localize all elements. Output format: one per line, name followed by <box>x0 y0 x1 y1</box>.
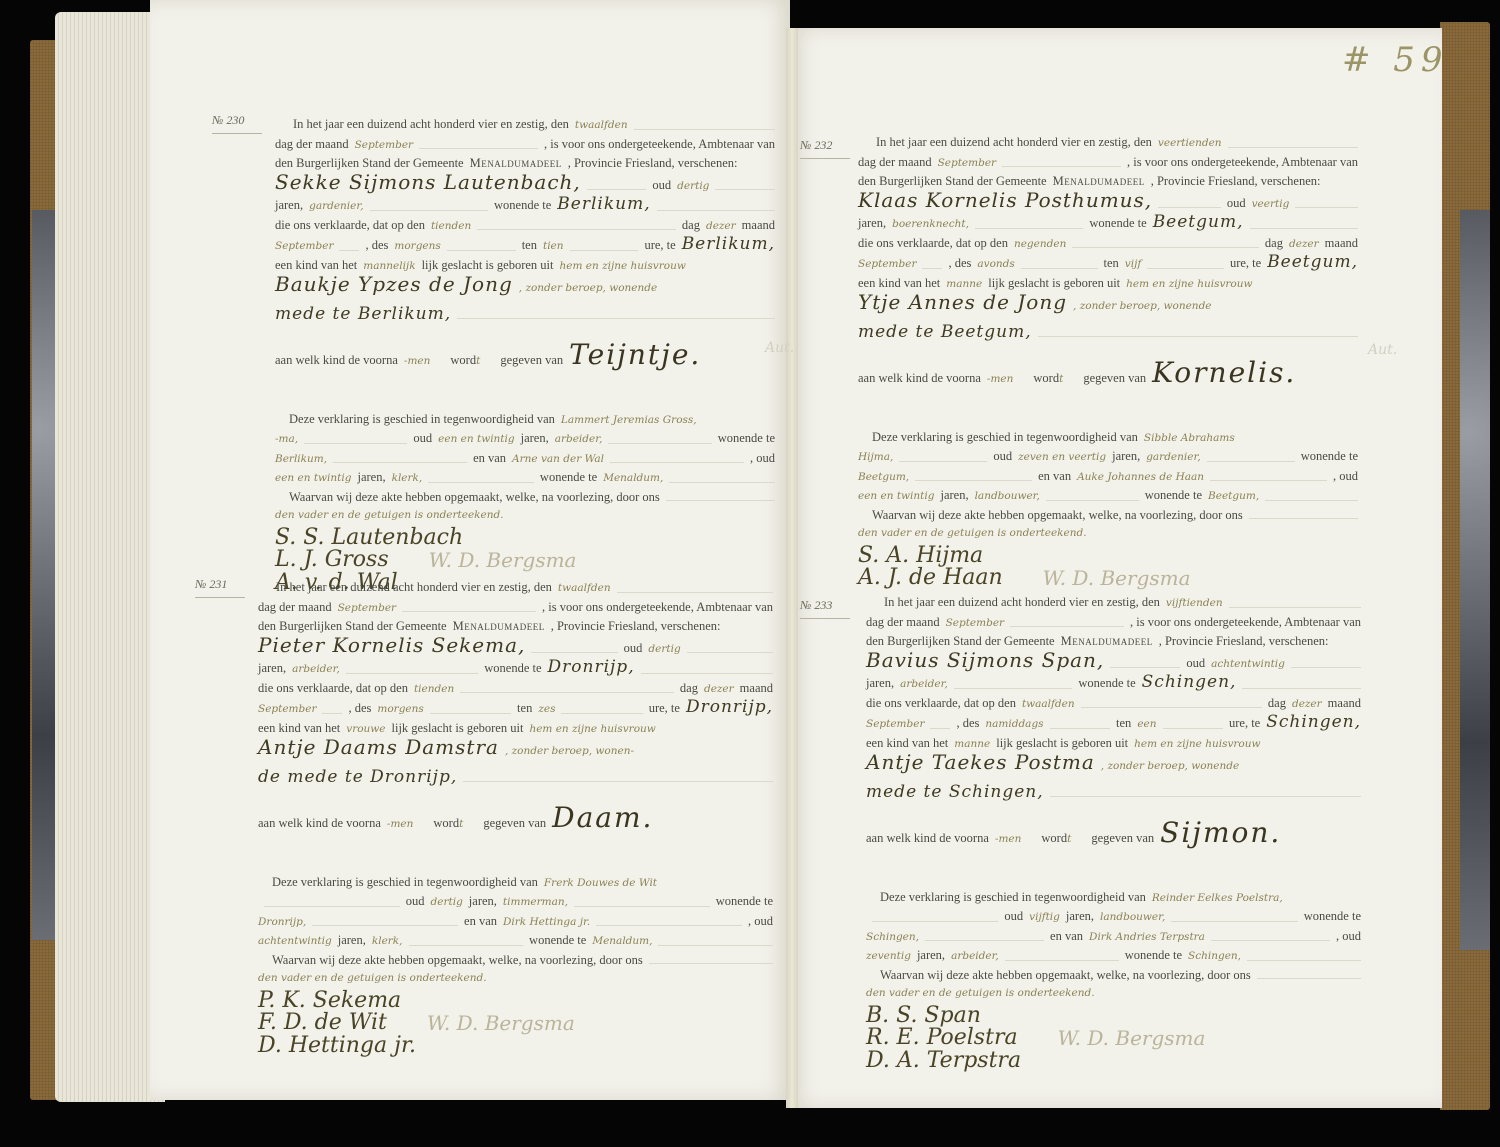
handwritten-mother-suffix: , zonder beroep, wonende <box>1101 757 1239 776</box>
printed-text: aan welk kind de voorna <box>275 351 398 370</box>
handwritten-age: achtentwintig <box>1211 655 1285 674</box>
handwritten-hour: een <box>1137 715 1156 734</box>
handwritten-parents-intro: hem en zijne huisvrouw <box>559 257 685 276</box>
handwritten-child-name: Kornelis. <box>1152 364 1296 383</box>
printed-text: wonende te <box>1304 907 1361 926</box>
act-line-waarvan: Waarvan wij deze akte hebben opgemaakt, … <box>258 951 773 970</box>
act-line-witnesses-4: achtentwintig jaren, klerk, wonende te M… <box>258 931 773 951</box>
printed-text: gegeven van <box>500 351 563 370</box>
handwritten-birth-place: Beetgum, <box>1267 253 1358 272</box>
act-line-1: In het jaar een duizend acht honderd vie… <box>275 115 775 135</box>
handwritten-signing-clause: den vader en de getuigen is onderteekend… <box>275 506 504 525</box>
handwritten-day: twaalfden <box>575 116 628 135</box>
printed-text: , is voor ons ondergeteekende, Ambtenaar… <box>544 135 775 154</box>
printed-text: jaren, <box>521 429 549 448</box>
signature-official: W. D. Bergsma <box>1058 1029 1206 1048</box>
printed-text: ure, te <box>649 699 680 718</box>
act-line-declarant: Bavius Sijmons Span, oud achtentwintig <box>866 651 1361 674</box>
printed-text: oud <box>1186 654 1205 673</box>
handwritten-occupation: boerenknecht, <box>892 215 969 234</box>
handwritten-witness1-age: dertig <box>431 893 463 912</box>
handwritten-birth-place: Schingen, <box>1266 713 1361 732</box>
handwritten-hour: tien <box>543 237 564 256</box>
printed-text: gegeven van <box>1091 829 1154 848</box>
act-line-6: die ons verklaarde, dat op den tienden d… <box>275 216 775 236</box>
printed-text: dag der maand <box>858 153 932 172</box>
act-line-6: die ons verklaarde, dat op den tienden d… <box>258 679 773 699</box>
act-line-1: In het jaar een duizend acht honderd vie… <box>258 578 773 598</box>
signature-official: W. D. Bergsma <box>429 551 577 570</box>
handwritten-witness2-age: een en twintig <box>858 487 934 506</box>
handwritten-declarant: Bavius Sijmons Span, <box>866 651 1104 670</box>
handwritten-residence: Berlikum, <box>557 195 650 214</box>
handwritten-witness1-occupation: gardenier, <box>1146 448 1200 467</box>
handwritten-signing-clause: den vader en de getuigen is onderteekend… <box>858 524 1087 543</box>
printed-text: dag <box>680 679 698 698</box>
handwritten-occupation: arbeider, <box>900 675 948 694</box>
handwritten-witness2-occupation: klerk, <box>392 469 423 488</box>
signatures: B. S. Span R. E. Poelstra W. D. Bergsma … <box>866 1007 1361 1071</box>
printed-text: maand <box>742 216 775 235</box>
act-line-mother-residence: de mede te Dronrijp, <box>258 768 773 787</box>
handwritten-birth-place: Berlikum, <box>682 235 775 254</box>
printed-text: ten <box>517 699 532 718</box>
printed-text: , oud <box>1333 467 1358 486</box>
printed-text: jaren, <box>338 931 366 950</box>
printed-text: Waarvan wij deze akte hebben opgemaakt, … <box>289 488 660 507</box>
signature-witness: D. A. Terpstra <box>866 1052 1361 1071</box>
handwritten-witness1-occupation: landbouwer, <box>1100 908 1165 927</box>
printed-text: dag <box>682 216 700 235</box>
printed-text: wonende te <box>529 931 586 950</box>
margin-note: Aut. <box>1368 342 1397 358</box>
signature-official: W. D. Bergsma <box>1043 569 1191 588</box>
handwritten-witness1-occupation: arbeider, <box>555 430 603 449</box>
act-line-waarvan: Waarvan wij deze akte hebben opgemaakt, … <box>275 488 775 507</box>
handwritten-parents-intro: hem en zijne huisvrouw <box>529 720 655 739</box>
printed-text: Deze verklaring is geschied in tegenwoor… <box>289 410 555 429</box>
printed-text: dag der maand <box>258 598 332 617</box>
signatures: S. A. Hijma A. J. de Haan W. D. Bergsma <box>858 547 1358 588</box>
printed-text: ure, te <box>1229 714 1260 733</box>
printed-text: , des <box>365 236 388 255</box>
act-line-1: In het jaar een duizend acht honderd vie… <box>858 133 1358 153</box>
handwritten-witness1: Sibble Abrahams <box>1144 429 1235 448</box>
handwritten-dezer: dezer <box>704 680 734 699</box>
handwritten-witness2-residence: Beetgum, <box>1208 487 1259 506</box>
handwritten-hour: vijf <box>1125 255 1141 274</box>
act-line-2: dag der maand September , is voor ons on… <box>866 613 1361 633</box>
handwritten-declarant: Klaas Kornelis Posthumus, <box>858 191 1152 210</box>
handwritten-time-of-day: avonds <box>977 255 1014 274</box>
printed-text: wonende te <box>484 659 541 678</box>
printed-text: wonende te <box>1078 674 1135 693</box>
printed-text: ten <box>522 236 537 255</box>
printed-text: In het jaar een duizend acht honderd vie… <box>876 133 1152 152</box>
handwritten-dezer: dezer <box>1292 695 1322 714</box>
handwritten-witness1-age: vijftig <box>1029 908 1060 927</box>
signature-witness: A. J. de Haan <box>858 569 1003 588</box>
printed-text: , is voor ons ondergeteekende, Ambtenaar… <box>1127 153 1358 172</box>
printed-text: word <box>450 351 476 370</box>
printed-text: jaren, <box>858 214 886 233</box>
printed-text: , Provincie Friesland, verschenen: <box>1159 632 1329 651</box>
printed-text: jaren, <box>357 468 385 487</box>
act-line-7: September , des avonds ten vijf ure, te … <box>858 253 1358 274</box>
signature-official: W. D. Bergsma <box>427 1014 575 1033</box>
printed-text: jaren, <box>275 196 303 215</box>
act-line-witnesses-2: Hijma, oud zeven en veertig jaren, garde… <box>858 447 1358 467</box>
printed-text: aan welk kind de voorna <box>858 369 981 388</box>
printed-text: dag der maand <box>275 135 349 154</box>
handwritten-witness2-occupation: arbeider, <box>951 947 999 966</box>
act-line-child: aan welk kind de voorna-men wordt gegeve… <box>858 364 1358 394</box>
birth-act-231: In het jaar een duizend acht honderd vie… <box>258 578 773 1055</box>
handwritten-child-name: Sijmon. <box>1160 824 1281 843</box>
handwritten-child-name: Daam. <box>552 809 653 828</box>
handwritten-child-name: Teijntje. <box>569 346 701 365</box>
handwritten-witness1: Frerk Douwes de Wit <box>544 874 657 893</box>
printed-text: wonende te <box>1301 447 1358 466</box>
handwritten-time-of-day: namiddags <box>985 715 1043 734</box>
handwritten-birth-month: September <box>275 237 333 256</box>
act-line-2: dag der maand September , is voor ons on… <box>858 153 1358 173</box>
signature-declarant: S. S. Lautenbach <box>275 529 775 548</box>
act-line-witnesses-3: Beetgum, en van Auke Johannes de Haan , … <box>858 467 1358 487</box>
printed-text: oud <box>993 447 1012 466</box>
act-line-mother: Antje Daams Damstra , zonder beroep, won… <box>258 738 773 768</box>
act-line-6: die ons verklaarde, dat op den twaalfden… <box>866 694 1361 714</box>
act-line-child: aan welk kind de voorna-men wordt gegeve… <box>866 824 1361 854</box>
act-number: № 230 <box>212 113 244 128</box>
printed-text: word <box>1041 829 1067 848</box>
act-number: № 232 <box>800 138 832 153</box>
printed-text: word <box>1033 369 1059 388</box>
act-line-mother-residence: mede te Schingen, <box>866 783 1361 802</box>
printed-text: jaren, <box>258 659 286 678</box>
handwritten-witness2-age: zeventig <box>866 947 911 966</box>
signatures: P. K. Sekema F. D. de Wit W. D. Bergsma … <box>258 992 773 1056</box>
printed-text: ure, te <box>1230 254 1261 273</box>
act-line-signing: den vader en de getuigen is onderteekend… <box>866 984 1361 1003</box>
printed-text: dag <box>1268 694 1286 713</box>
act-line-witnesses-2: oud dertig jaren, timmerman, wonende te <box>258 892 773 912</box>
printed-text: , Provincie Friesland, verschenen: <box>568 154 738 173</box>
act-line-2: dag der maand September , is voor ons on… <box>275 135 775 155</box>
printed-text: , is voor ons ondergeteekende, Ambtenaar… <box>1130 613 1361 632</box>
handwritten-mother-residence: mede te Schingen, <box>866 783 1044 802</box>
printed-text: , des <box>948 254 971 273</box>
printed-text: oud <box>1227 194 1246 213</box>
printed-text: , Provincie Friesland, verschenen: <box>1151 172 1321 191</box>
act-line-mother: Ytje Annes de Jong , zonder beroep, wone… <box>858 293 1358 323</box>
handwritten-declarant: Pieter Kornelis Sekema, <box>258 636 525 655</box>
handwritten-occupation: gardenier, <box>309 197 363 216</box>
act-line-7: September , des namiddags ten een ure, t… <box>866 713 1361 734</box>
marbled-endpaper-left <box>32 210 56 940</box>
handwritten-witness2-residence: Schingen, <box>1188 947 1241 966</box>
printed-text: en van <box>1050 927 1083 946</box>
handwritten-residence: Beetgum, <box>1153 213 1244 232</box>
signature-declarant: B. S. Span <box>866 1007 1361 1026</box>
printed-text: wonende te <box>1125 946 1182 965</box>
handwritten-birth-month: September <box>858 255 916 274</box>
handwritten-day: veertienden <box>1158 134 1222 153</box>
handwritten-witness1-residence: Dronrijp, <box>258 913 306 932</box>
printed-text: In het jaar een duizend acht honderd vie… <box>884 593 1160 612</box>
act-line-declarant: Sekke Sijmons Lautenbach, oud dertig <box>275 173 775 196</box>
handwritten-dezer: dezer <box>1289 235 1319 254</box>
printed-text: maand <box>1328 694 1361 713</box>
handwritten-age: dertig <box>677 177 709 196</box>
handwritten-witness1: Lammert Jeremias Gross, <box>561 411 697 430</box>
act-line-signing: den vader en de getuigen is onderteekend… <box>258 969 773 988</box>
printed-text: Waarvan wij deze akte hebben opgemaakt, … <box>880 966 1251 985</box>
handwritten-witness2-age: achtentwintig <box>258 932 332 951</box>
printed-text: Waarvan wij deze akte hebben opgemaakt, … <box>872 506 1243 525</box>
act-line-witnesses-2: oud vijftig jaren, landbouwer, wonende t… <box>866 907 1361 927</box>
handwritten-month: September <box>938 154 996 173</box>
handwritten-birth-day: tienden <box>431 217 471 236</box>
handwritten-witness1-residence: Schingen, <box>866 928 919 947</box>
handwritten-occupation: arbeider, <box>292 660 340 679</box>
signature-declarant: P. K. Sekema <box>258 992 773 1011</box>
signature-witness: F. D. de Wit <box>258 1014 387 1033</box>
act-line-signing: den vader en de getuigen is onderteekend… <box>858 524 1358 543</box>
printed-text: jaren, <box>469 892 497 911</box>
printed-text: maand <box>740 679 773 698</box>
act-line-mother-residence: mede te Berlikum, <box>275 305 775 324</box>
act-line-6: die ons verklaarde, dat op den negenden … <box>858 234 1358 254</box>
act-line-witnesses-1: Deze verklaring is geschied in tegenwoor… <box>275 410 775 430</box>
handwritten-age: veertig <box>1252 195 1290 214</box>
handwritten-birth-month: September <box>258 700 316 719</box>
act-line-witnesses-4: een en twintig jaren, klerk, wonende te … <box>275 468 775 488</box>
printed-text: jaren, <box>866 674 894 693</box>
book-gutter <box>786 28 798 1108</box>
act-number: № 231 <box>195 577 227 592</box>
handwritten-month: September <box>946 614 1004 633</box>
act-line-witnesses-1: Deze verklaring is geschied in tegenwoor… <box>858 428 1358 448</box>
printed-text: en van <box>464 912 497 931</box>
printed-text: dag der maand <box>866 613 940 632</box>
handwritten-witness1-cont: Hijma, <box>858 448 893 467</box>
act-line-1: In het jaar een duizend acht honderd vie… <box>866 593 1361 613</box>
act-line-5: jaren, boerenknecht, wonende te Beetgum, <box>858 213 1358 234</box>
handwritten-day: vijftienden <box>1166 594 1223 613</box>
act-line-5: jaren, arbeider, wonende te Dronrijp, <box>258 658 773 679</box>
act-line-witnesses-4: een en twintig jaren, landbouwer, wonend… <box>858 486 1358 506</box>
folio-number: # 59 <box>1342 40 1449 80</box>
handwritten-mother-suffix: , zonder beroep, wonen- <box>505 742 634 761</box>
handwritten-witness1-residence: Berlikum, <box>275 450 327 469</box>
handwritten-witness1-cont: -ma, <box>275 430 298 449</box>
handwritten-mother: Ytje Annes de Jong <box>858 293 1067 312</box>
handwritten-signing-clause: den vader en de getuigen is onderteekend… <box>866 984 1095 1003</box>
printed-text: Waarvan wij deze akte hebben opgemaakt, … <box>272 951 643 970</box>
handwritten-mother-suffix: , zonder beroep, wonende <box>1073 297 1211 316</box>
printed-text: Deze verklaring is geschied in tegenwoor… <box>272 873 538 892</box>
printed-text: ten <box>1116 714 1131 733</box>
printed-text: Deze verklaring is geschied in tegenwoor… <box>880 888 1146 907</box>
handwritten-mother: Antje Daams Damstra <box>258 738 499 757</box>
act-line-5: jaren, arbeider, wonende te Schingen, <box>866 673 1361 694</box>
act-line-2: dag der maand September , is voor ons on… <box>258 598 773 618</box>
printed-text: , is voor ons ondergeteekende, Ambtenaar… <box>542 598 773 617</box>
handwritten-birth-place: Dronrijp, <box>686 698 773 717</box>
handwritten-month: September <box>355 136 413 155</box>
printed-text: jaren, <box>917 946 945 965</box>
handwritten-parents-intro: hem en zijne huisvrouw <box>1134 735 1260 754</box>
handwritten-dezer: dezer <box>706 217 736 236</box>
printed-text: wonende te <box>716 892 773 911</box>
act-line-witnesses-3: Schingen, en van Dirk Andries Terpstra ,… <box>866 927 1361 947</box>
act-number: № 233 <box>800 598 832 613</box>
act-line-child: aan welk kind de voorna-men wordt gegeve… <box>275 346 775 376</box>
printed-text: oud <box>1004 907 1023 926</box>
printed-text: jaren, <box>1112 447 1140 466</box>
printed-text: , Provincie Friesland, verschenen: <box>551 617 721 636</box>
act-line-witnesses-1: Deze verklaring is geschied in tegenwoor… <box>866 888 1361 908</box>
printed-text: ure, te <box>644 236 675 255</box>
handwritten-month: September <box>338 599 396 618</box>
signature-declarant: S. A. Hijma <box>858 547 1358 566</box>
handwritten-witness1-age: een en twintig <box>438 430 514 449</box>
printed-text: ten <box>1104 254 1119 273</box>
signature-witness: D. Hettinga jr. <box>258 1037 773 1056</box>
handwritten-witness2-occupation: klerk, <box>372 932 403 951</box>
printed-text: aan welk kind de voorna <box>258 814 381 833</box>
handwritten-mother-residence: de mede te Dronrijp, <box>258 768 457 787</box>
printed-text: oud <box>624 639 643 658</box>
act-line-witnesses-1: Deze verklaring is geschied in tegenwoor… <box>258 873 773 893</box>
act-line-signing: den vader en de getuigen is onderteekend… <box>275 506 775 525</box>
act-line-witnesses-2: -ma, oud een en twintig jaren, arbeider,… <box>275 429 775 449</box>
printed-text: oud <box>413 429 432 448</box>
handwritten-birth-day: tienden <box>414 680 454 699</box>
printed-text: In het jaar een duizend acht honderd vie… <box>293 115 569 134</box>
handwritten-age: dertig <box>648 640 680 659</box>
printed-text: , oud <box>748 912 773 931</box>
printed-text: wonende te <box>1145 486 1202 505</box>
page-edges <box>55 12 165 1102</box>
handwritten-mother: Baukje Ypzes de Jong <box>275 275 513 294</box>
printed-text: aan welk kind de voorna <box>866 829 989 848</box>
handwritten-witness2-age: een en twintig <box>275 469 351 488</box>
act-line-7: September , des morgens ten zes ure, te … <box>258 698 773 719</box>
handwritten-birth-month: September <box>866 715 924 734</box>
handwritten-time-of-day: morgens <box>377 700 423 719</box>
handwritten-birth-day: twaalfden <box>1022 695 1075 714</box>
handwritten-witness1-occupation: timmerman, <box>503 893 568 912</box>
printed-text: wonende te <box>718 429 775 448</box>
printed-text: die ons verklaarde, dat op den <box>858 234 1008 253</box>
printed-text: , des <box>348 699 371 718</box>
handwritten-signing-clause: den vader en de getuigen is onderteekend… <box>258 969 487 988</box>
handwritten-witness1: Reinder Eelkes Poelstra, <box>1152 889 1283 908</box>
act-line-declarant: Pieter Kornelis Sekema, oud dertig <box>258 636 773 659</box>
printed-text: en van <box>473 449 506 468</box>
act-line-mother-residence: mede te Beetgum, <box>858 323 1358 342</box>
printed-text: die ons verklaarde, dat op den <box>866 694 1016 713</box>
birth-act-230: In het jaar een duizend acht honderd vie… <box>275 115 775 592</box>
act-line-7: September , des morgens ten tien ure, te… <box>275 235 775 256</box>
printed-text: wonende te <box>540 468 597 487</box>
printed-text: word <box>433 814 459 833</box>
act-line-mother: Baukje Ypzes de Jong , zonder beroep, wo… <box>275 275 775 305</box>
printed-text: dag <box>1265 234 1283 253</box>
act-line-mother: Antje Taekes Postma , zonder beroep, won… <box>866 753 1361 783</box>
handwritten-parents-intro: hem en zijne huisvrouw <box>1126 275 1252 294</box>
signature-witness: L. J. Gross <box>275 551 389 570</box>
printed-text: die ons verklaarde, dat op den <box>275 216 425 235</box>
act-line-child: aan welk kind de voorna-men wordt gegeve… <box>258 809 773 839</box>
printed-text: , oud <box>1336 927 1361 946</box>
printed-text: jaren, <box>1066 907 1094 926</box>
handwritten-time-of-day: morgens <box>394 237 440 256</box>
act-line-witnesses-3: Dronrijp, en van Dirk Hettinga jr. , oud <box>258 912 773 932</box>
printed-text: gegeven van <box>483 814 546 833</box>
handwritten-witness2-occupation: landbouwer, <box>975 487 1040 506</box>
handwritten-mother-residence: mede te Beetgum, <box>858 323 1032 342</box>
handwritten-witness2-residence: Menaldum, <box>592 932 652 951</box>
printed-text: oud <box>652 176 671 195</box>
printed-text: gegeven van <box>1083 369 1146 388</box>
handwritten-witness2-residence: Menaldum, <box>603 469 663 488</box>
printed-text: In het jaar een duizend acht honderd vie… <box>276 578 552 597</box>
printed-text: Deze verklaring is geschied in tegenwoor… <box>872 428 1138 447</box>
act-line-waarvan: Waarvan wij deze akte hebben opgemaakt, … <box>858 506 1358 525</box>
act-line-5: jaren, gardenier, wonende te Berlikum, <box>275 195 775 216</box>
handwritten-witness2: Dirk Andries Terpstra <box>1089 928 1205 947</box>
handwritten-mother: Antje Taekes Postma <box>866 753 1095 772</box>
signature-witness: R. E. Poelstra <box>866 1029 1018 1048</box>
printed-text: oud <box>406 892 425 911</box>
handwritten-witness2: Arne van der Wal <box>512 450 604 469</box>
act-line-waarvan: Waarvan wij deze akte hebben opgemaakt, … <box>866 966 1361 985</box>
handwritten-hour: zes <box>538 700 555 719</box>
handwritten-mother-suffix: , zonder beroep, wonende <box>519 279 657 298</box>
printed-text: , des <box>956 714 979 733</box>
printed-text: die ons verklaarde, dat op den <box>258 679 408 698</box>
handwritten-witness1-age: zeven en veertig <box>1018 448 1106 467</box>
birth-act-233: In het jaar een duizend acht honderd vie… <box>866 593 1361 1070</box>
handwritten-mother-residence: mede te Berlikum, <box>275 305 451 324</box>
handwritten-witness1-residence: Beetgum, <box>858 468 909 487</box>
handwritten-declarant: Sekke Sijmons Lautenbach, <box>275 173 581 192</box>
marbled-endpaper-right <box>1460 210 1490 950</box>
printed-text: maand <box>1325 234 1358 253</box>
handwritten-residence: Schingen, <box>1142 673 1237 692</box>
act-line-witnesses-3: Berlikum, en van Arne van der Wal , oud <box>275 449 775 469</box>
act-line-witnesses-4: zeventig jaren, arbeider, wonende te Sch… <box>866 946 1361 966</box>
printed-text: wonende te <box>1089 214 1146 233</box>
handwritten-residence: Dronrijp, <box>548 658 635 677</box>
printed-text: wonende te <box>494 196 551 215</box>
handwritten-witness2: Auke Johannes de Haan <box>1077 468 1204 487</box>
birth-act-232: In het jaar een duizend acht honderd vie… <box>858 133 1358 588</box>
printed-text: jaren, <box>940 486 968 505</box>
handwritten-witness2: Dirk Hettinga jr. <box>503 913 590 932</box>
printed-text: en van <box>1038 467 1071 486</box>
handwritten-day: twaalfden <box>558 579 611 598</box>
printed-text: , oud <box>750 449 775 468</box>
act-line-declarant: Klaas Kornelis Posthumus, oud veertig <box>858 191 1358 214</box>
handwritten-birth-day: negenden <box>1014 235 1066 254</box>
